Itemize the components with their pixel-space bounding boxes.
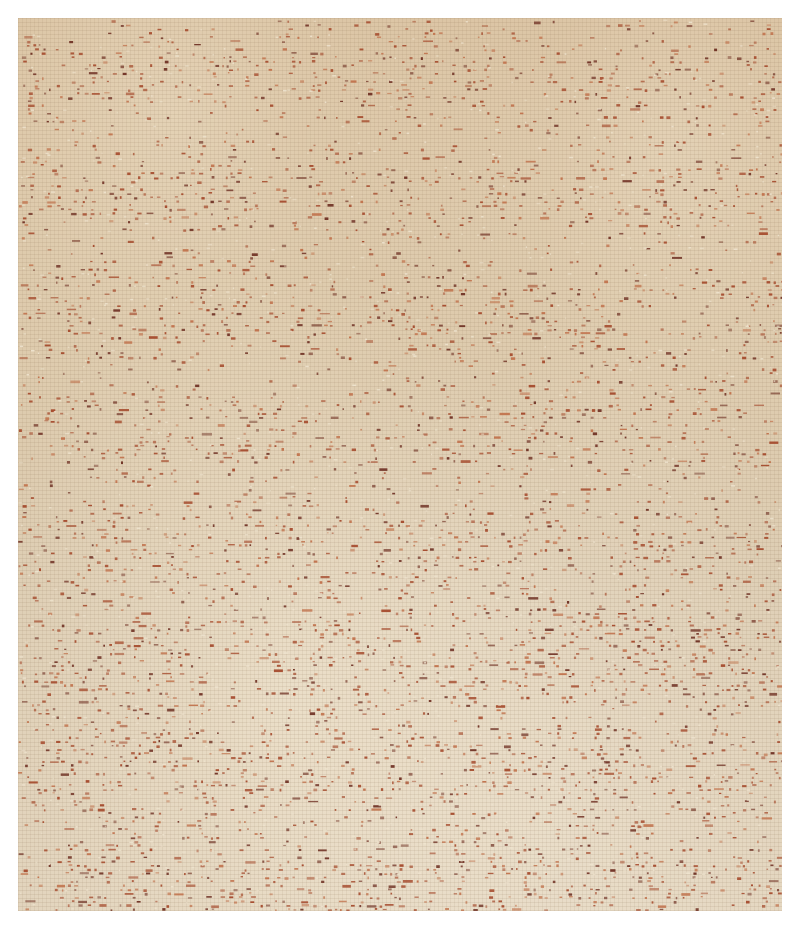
- rug-speckle-texture: [18, 18, 782, 911]
- rug-photo: Product photo of a hand-knotted rug with…: [18, 18, 782, 911]
- product-image-canvas: Product photo of a hand-knotted rug with…: [0, 0, 800, 929]
